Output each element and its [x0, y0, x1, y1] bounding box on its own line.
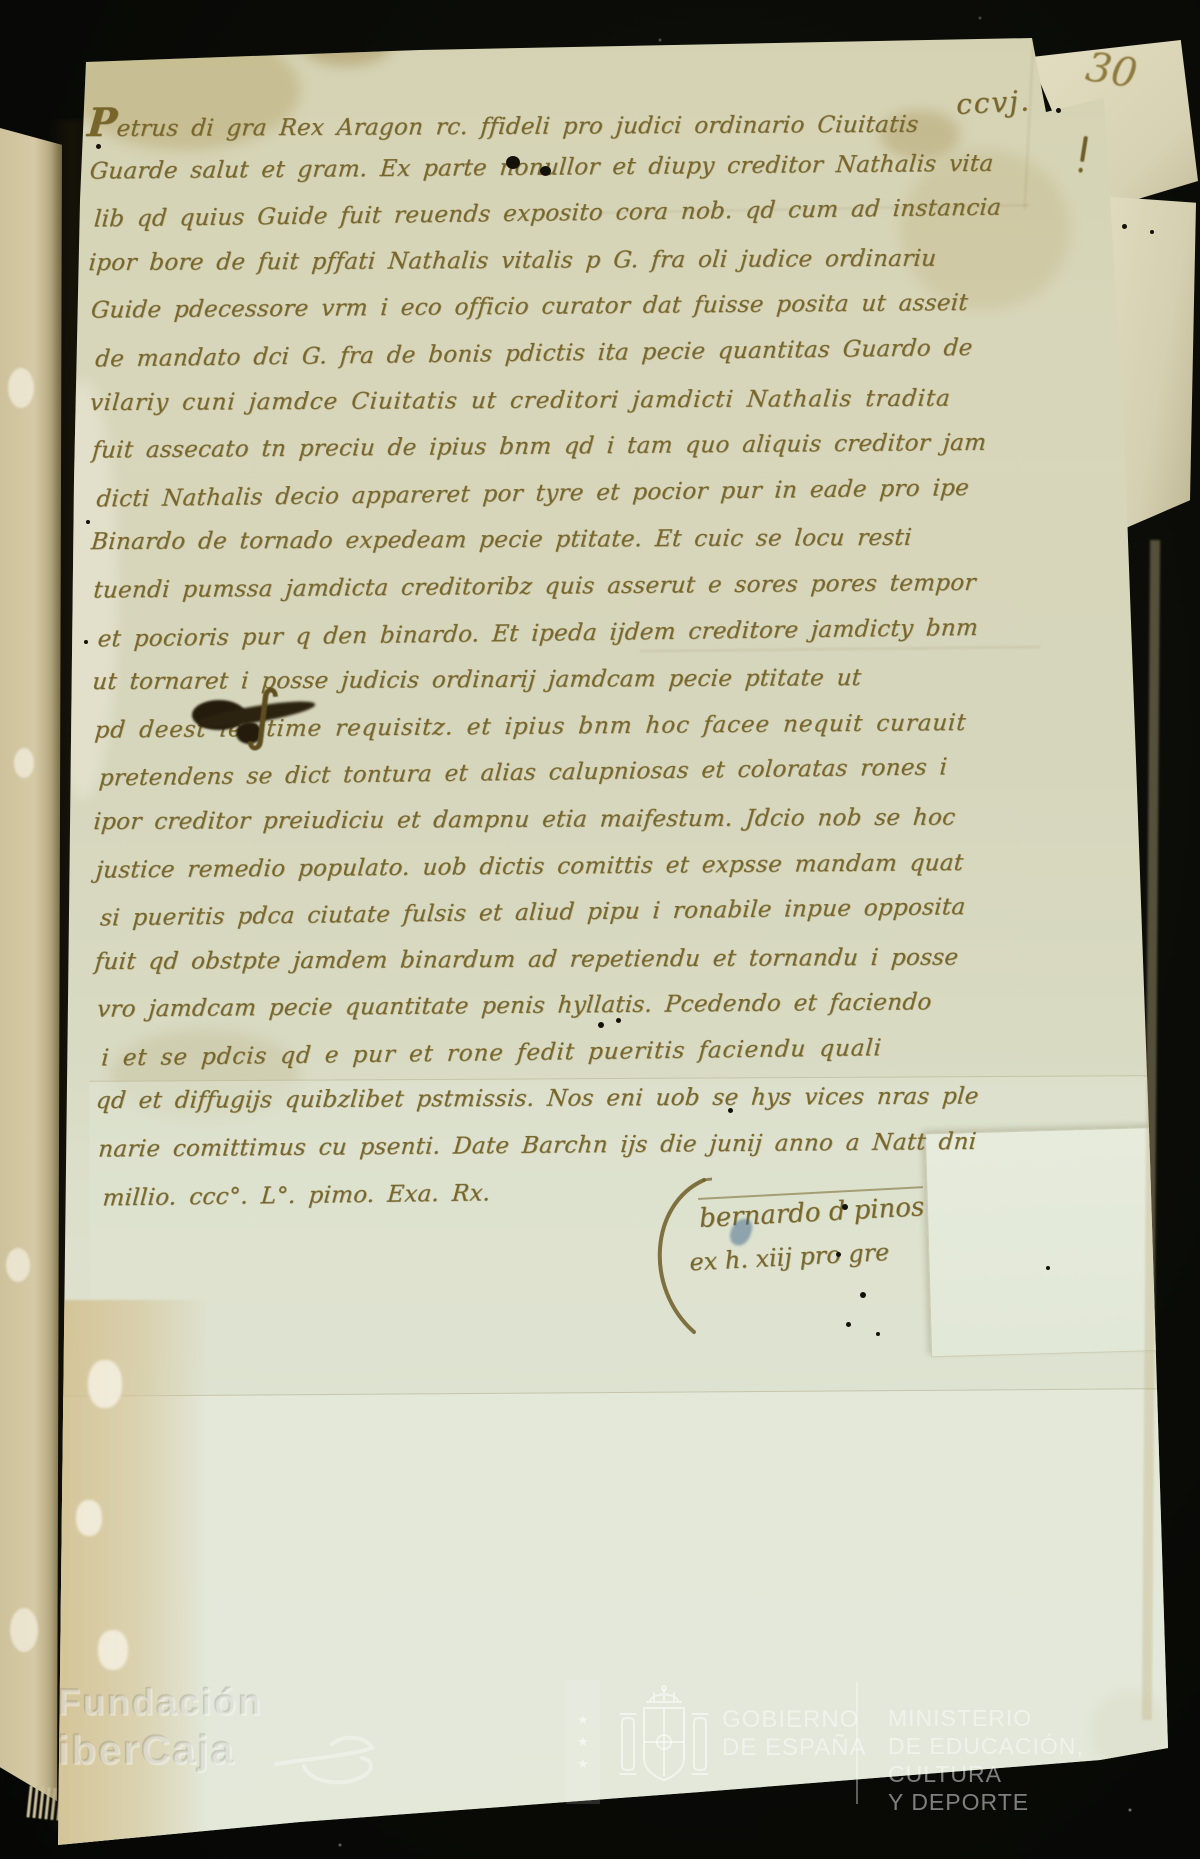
manuscript-line: vilariy cuni jamdce Ciuitatis ut credito… — [88, 375, 952, 426]
paper-patch-bottom — [58, 1388, 1171, 1857]
stain — [296, 10, 396, 66]
manuscript-line: lib qd quius Guide fuit reuends exposito… — [92, 186, 956, 244]
ink-speck — [836, 1252, 841, 1257]
paste-flake — [6, 1248, 30, 1282]
manuscript-line: pretendens se dict tontura et alias calu… — [97, 745, 961, 803]
ink-speck — [728, 1108, 733, 1113]
ink-speck — [86, 520, 90, 524]
manuscript-line: de mandato dci G. fra de bonis pdictis i… — [93, 325, 957, 383]
crease — [1024, 40, 1035, 210]
corner-page-number: 30 — [1083, 44, 1140, 97]
ink-speck — [598, 1022, 604, 1028]
ink-speck — [1150, 230, 1154, 234]
paste-flake — [88, 1360, 122, 1408]
paste-flake — [76, 1500, 102, 1536]
manuscript-line: ipor creditor preiudiciu et dampnu etia … — [92, 795, 956, 846]
ink-speck — [96, 144, 101, 149]
folio-number: ccvj. — [955, 84, 1031, 121]
ink-speck — [876, 1332, 880, 1336]
ministerio-line3: Y DEPORTE — [888, 1788, 1200, 1816]
manuscript-line: dicti Nathalis decio appareret por tyre … — [95, 465, 959, 523]
paste-flake — [14, 748, 34, 778]
manuscript-text: Petrus di gra Rex Aragon rc. ffideli pro… — [89, 94, 959, 1220]
manuscript-line: ut tornaret i posse judicis ordinarij ja… — [90, 655, 954, 706]
ink-speck — [616, 1018, 621, 1023]
ink-speck — [84, 640, 88, 644]
ink-speck — [860, 1292, 866, 1298]
ink-speck — [1046, 1266, 1050, 1270]
manuscript-line: Binardo de tornado expedeam pecie ptitat… — [89, 515, 953, 566]
ink-speck — [846, 1322, 851, 1327]
manuscript-line: qd et diffugijs quibzlibet pstmissis. No… — [94, 1074, 958, 1125]
manuscript-photo: 30 Petrus di gra Rex Aragon rc. ffideli … — [0, 0, 1200, 1859]
paste-flake — [10, 1608, 38, 1652]
ink-speck — [1056, 108, 1061, 113]
paste-flake — [98, 1630, 128, 1670]
worn-tan-strip — [58, 1300, 208, 1850]
paste-flake — [8, 368, 34, 408]
manuscript-line: si pueritis pdca ciutate fulsis et aliud… — [98, 884, 962, 942]
manuscript-line: i et se pdcis qd e pur et rone fedit pue… — [100, 1024, 964, 1082]
paper-patch-white — [925, 1127, 1173, 1358]
ink-speck — [842, 1204, 848, 1210]
pen-flourish: ∫ — [243, 675, 283, 754]
ink-speck — [506, 156, 520, 169]
manuscript-line: ipor bore de fuit pffati Nathalis vitali… — [87, 236, 951, 287]
ink-speck — [540, 166, 551, 176]
watermark-divider — [856, 1682, 858, 1804]
ink-speck — [1122, 224, 1127, 229]
manuscript-line: fuit qd obstpte jamdem binardum ad repet… — [93, 934, 957, 985]
manuscript-line: Petrus di gra Rex Aragon rc. ffideli pro… — [86, 96, 950, 147]
manuscript-line: et pocioris pur q den binardo. Et ipeda … — [96, 605, 960, 663]
